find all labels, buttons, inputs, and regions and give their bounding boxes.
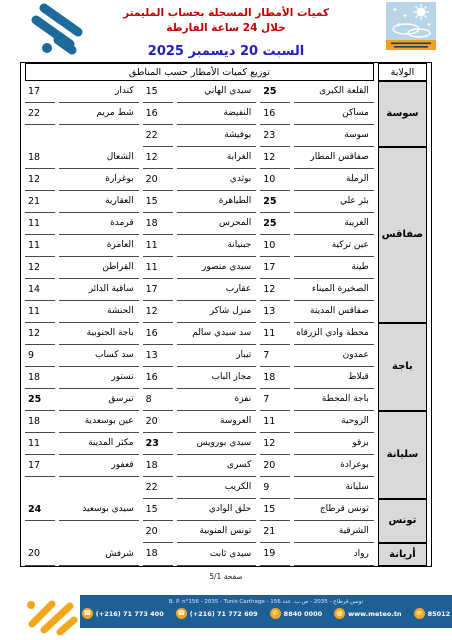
station-name: العامرة (59, 235, 138, 257)
fax-icon: ☎ (82, 608, 93, 619)
station-name: الحنشة (59, 301, 138, 323)
rain-value: 11 (143, 235, 173, 257)
station-name: عين تركية (294, 235, 373, 257)
rain-value: 11 (25, 213, 55, 235)
footer-contact-fax: ☎ (+216) 71 773 400 (82, 608, 164, 619)
rain-value: 22 (143, 125, 173, 147)
station-name: مساكن (294, 103, 373, 125)
globe-icon: @ (334, 608, 345, 619)
rain-value: 18 (143, 213, 173, 235)
station-name: بوغرارة (59, 169, 138, 191)
rain-value: 12 (260, 147, 290, 169)
inm-logo-icon: ✦✦ ✦✦ (386, 2, 436, 54)
svg-text:✦: ✦ (392, 6, 398, 14)
phone-number: 8840 0000 (284, 610, 322, 618)
rain-value: 12 (25, 169, 55, 191)
station-name: صفاقس المطار (294, 147, 373, 169)
station-name: بوعرادة (294, 455, 373, 477)
rain-value: 20 (143, 169, 173, 191)
station-name: بوثدي (177, 169, 256, 191)
footer-contact-printer: ☎ (+216) 71 772 609 (176, 608, 258, 619)
station-name: كسرى (177, 455, 256, 477)
table-row: بوعرادة20كسرى18قعفور17 (25, 455, 427, 477)
printer-number: (+216) 71 772 609 (190, 610, 258, 618)
rain-value: 8 (143, 389, 173, 411)
rain-value: 18 (25, 367, 55, 389)
station-name: حلق الوادي (177, 499, 256, 521)
rain-value: 25 (260, 81, 290, 103)
station-name: نفزة (177, 389, 256, 411)
station-name: سيدي بوسعيد (59, 499, 138, 521)
station-name: باجة المحطة (294, 389, 373, 411)
svg-text:✦: ✦ (426, 21, 432, 29)
report-date: السبت 20 ديسمبر 2025 (110, 44, 342, 59)
svg-text:✦: ✦ (402, 12, 408, 20)
station-name: القراطن (59, 257, 138, 279)
rain-value: 12 (143, 301, 173, 323)
table-row: عين تركية10جبنيانة11العامرة11 (25, 235, 427, 257)
rain-value: 21 (260, 521, 290, 543)
rain-value: 23 (143, 433, 173, 455)
station-name: صفاقس المدينة (294, 301, 373, 323)
table-row: تونستونس قرطاج15حلق الوادي15سيدي بوسعيد2… (25, 499, 427, 521)
station-name: الغريبة (294, 213, 373, 235)
regions-column-header: توزيع كميات الأمطار حسب المناطق (25, 63, 374, 81)
rain-value: 18 (25, 411, 55, 433)
station-name (59, 125, 138, 147)
station-name: عين بوسعدية (59, 411, 138, 433)
rain-value: 12 (260, 279, 290, 301)
station-name: جبنيانة (177, 235, 256, 257)
rain-table-body: سوسةالقلعة الكبرى25سيدي الهاني15كندار17م… (25, 81, 427, 566)
station-name: سد سيدي سالم (177, 323, 256, 345)
station-name: الشرقية (294, 521, 373, 543)
rain-value: 18 (25, 147, 55, 169)
rain-value: 20 (25, 543, 55, 566)
wilaya-cell: صفاقس (378, 147, 427, 323)
rain-table: الولاية توزيع كميات الأمطار حسب المناطق … (21, 63, 431, 566)
station-name: الغرابة (177, 147, 256, 169)
station-name: بوفيشة (177, 125, 256, 147)
wilaya-cell: باجة (378, 323, 427, 411)
rainfall-table-wrap: الولاية توزيع كميات الأمطار حسب المناطق … (20, 62, 432, 567)
rain-value: 12 (260, 433, 290, 455)
station-name: سيدي الهاني (177, 81, 256, 103)
station-name: ساقية الدائر (59, 279, 138, 301)
table-row: الرملة10بوثدي20بوغرارة12 (25, 169, 427, 191)
rain-value: 13 (260, 301, 290, 323)
station-name: كندار (59, 81, 138, 103)
table-row: برقو12سيدي بورويس23مكثر المدينة11 (25, 433, 427, 455)
station-name: منزل شاكر (177, 301, 256, 323)
rain-value: 9 (25, 345, 55, 367)
rain-value: 15 (143, 191, 173, 213)
table-row: صفاقس المدينة13منزل شاكر12الحنشة11 (25, 301, 427, 323)
wilaya-cell: سليانة (378, 411, 427, 499)
rain-value: 23 (260, 125, 290, 147)
rain-value (25, 125, 55, 147)
website-url: www.meteo.tn (348, 610, 401, 618)
wilaya-column-header: الولاية (378, 63, 427, 81)
station-name: تيبار (177, 345, 256, 367)
sms-number: 85012 (428, 610, 451, 618)
rain-value: 20 (143, 411, 173, 433)
table-row: صفاقسصفاقس المطار12الغرابة12الشعال18 (25, 147, 427, 169)
rain-value: 15 (260, 499, 290, 521)
station-name: سيدي بورويس (177, 433, 256, 455)
printer-icon: ☎ (176, 608, 187, 619)
footer-address: B. P. n°156 - 2035 - Tunis Carthage - تو… (80, 599, 452, 605)
rain-value: 17 (260, 257, 290, 279)
rain-value: 15 (143, 499, 173, 521)
table-row: بئر علي25الطياهرة15العقارية21 (25, 191, 427, 213)
station-name: سيدي ثابت (177, 543, 256, 566)
station-name: شط مريم (59, 103, 138, 125)
table-row: باجةمحطة وادي الزرقاه11سد سيدي سالم16باج… (25, 323, 427, 345)
report-title-line1: كميات الأمطار المسجلة بحساب المليمتر (110, 6, 342, 21)
station-name: عقارب (177, 279, 256, 301)
yellow-streaks-logo-icon (22, 588, 78, 640)
rain-value: 12 (143, 147, 173, 169)
station-name (59, 477, 138, 499)
station-name: الكريب (177, 477, 256, 499)
table-row: الصخيرة الميناء12عقارب17ساقية الدائر14 (25, 279, 427, 301)
station-name: برقو (294, 433, 373, 455)
rain-value: 11 (143, 257, 173, 279)
rain-value: 11 (260, 411, 290, 433)
rain-value: 25 (260, 191, 290, 213)
station-name: الروحية (294, 411, 373, 433)
report-title-line2: خلال 24 ساعة الفارطة (110, 21, 342, 36)
footer-bar: B. P. n°156 - 2035 - Tunis Carthage - تو… (80, 595, 452, 628)
rain-streaks-logo-icon (26, 2, 92, 62)
rain-value: 11 (25, 433, 55, 455)
rain-value: 11 (25, 235, 55, 257)
station-name: مكثر المدينة (59, 433, 138, 455)
table-row: الغريبة25المحرس18قرمدة11 (25, 213, 427, 235)
table-row: الشرقية21تونس المنوبية20 (25, 521, 427, 543)
station-name: باجة الجنوبية (59, 323, 138, 345)
table-header-row: الولاية توزيع كميات الأمطار حسب المناطق (25, 63, 427, 81)
footer-contact-website: @ www.meteo.tn (334, 608, 401, 619)
station-name (59, 521, 138, 543)
station-name: قبلاط (294, 367, 373, 389)
rain-value: 16 (143, 367, 173, 389)
rain-value: 25 (260, 213, 290, 235)
station-name: العروسة (177, 411, 256, 433)
footer-contact-phone: ✆ 8840 0000 (270, 608, 322, 619)
wilaya-cell: سوسة (378, 81, 427, 147)
station-name: النفيضة (177, 103, 256, 125)
table-row: أريانةرواد19سيدي ثابت18شرفش20 (25, 543, 427, 566)
station-name: سوسة (294, 125, 373, 147)
table-row: باجة المحطة7نفزة8تبرسق25 (25, 389, 427, 411)
rain-value: 25 (25, 389, 55, 411)
rain-value: 18 (143, 455, 173, 477)
station-name: عمدون (294, 345, 373, 367)
table-row: عمدون7تيبار13سد كساب9 (25, 345, 427, 367)
station-name: محطة وادي الزرقاه (294, 323, 373, 345)
station-name: الصخيرة الميناء (294, 279, 373, 301)
rain-value: 10 (260, 169, 290, 191)
station-name: تونس المنوبية (177, 521, 256, 543)
station-name: بئر علي (294, 191, 373, 213)
rain-value: 24 (25, 499, 55, 521)
rain-value: 22 (25, 103, 55, 125)
table-row: طينة17سيدي منصور11القراطن12 (25, 257, 427, 279)
rain-value: 9 (260, 477, 290, 499)
table-row: سليانةالروحية11العروسة20عين بوسعدية18 (25, 411, 427, 433)
station-name: القلعة الكبرى (294, 81, 373, 103)
station-name: طينة (294, 257, 373, 279)
rain-value: 14 (25, 279, 55, 301)
sms-icon: ✉ (414, 608, 425, 619)
rain-value: 15 (143, 81, 173, 103)
rain-value: 19 (260, 543, 290, 566)
station-name: تونس قرطاج (294, 499, 373, 521)
station-name: شرفش (59, 543, 138, 566)
table-row: مساكن16النفيضة16شط مريم22 (25, 103, 427, 125)
footer-contacts: ☎ (+216) 71 773 400 ☎ (+216) 71 772 609 … (80, 608, 452, 619)
rain-value: 12 (25, 257, 55, 279)
rain-value: 17 (25, 455, 55, 477)
rain-value: 16 (260, 103, 290, 125)
rain-value: 12 (25, 323, 55, 345)
rain-value: 18 (260, 367, 290, 389)
rain-value: 13 (143, 345, 173, 367)
table-row: قبلاط18مجاز الباب16تستور18 (25, 367, 427, 389)
rain-value: 18 (143, 543, 173, 566)
rain-value (25, 521, 55, 543)
station-name: الشعال (59, 147, 138, 169)
table-row: سوسةالقلعة الكبرى25سيدي الهاني15كندار17 (25, 81, 427, 103)
wilaya-cell: أريانة (378, 543, 427, 566)
rain-value: 21 (25, 191, 55, 213)
rain-value: 11 (260, 323, 290, 345)
station-name: قعفور (59, 455, 138, 477)
rain-value: 17 (25, 81, 55, 103)
rain-value: 16 (143, 103, 173, 125)
rain-value: 20 (260, 455, 290, 477)
station-name: الطياهرة (177, 191, 256, 213)
footer: B. P. n°156 - 2035 - Tunis Carthage - تو… (0, 592, 452, 634)
page-number: صفحة 5/1 (0, 572, 452, 581)
rain-value: 11 (25, 301, 55, 323)
fax-number: (+216) 71 773 400 (96, 610, 164, 618)
rain-value: 20 (143, 521, 173, 543)
rain-value: 22 (143, 477, 173, 499)
rain-value (25, 477, 55, 499)
rain-value: 7 (260, 345, 290, 367)
footer-contact-sms: ✉ 85012 (414, 608, 451, 619)
station-name: سد كساب (59, 345, 138, 367)
phone-icon: ✆ (270, 608, 281, 619)
wilaya-cell: تونس (378, 499, 427, 543)
station-name: الرملة (294, 169, 373, 191)
station-name: قرمدة (59, 213, 138, 235)
table-row: سليانة9الكريب22 (25, 477, 427, 499)
station-name: تستور (59, 367, 138, 389)
report-titles: كميات الأمطار المسجلة بحساب المليمتر خلا… (110, 6, 342, 59)
station-name: رواد (294, 543, 373, 566)
table-row: سوسة23بوفيشة22 (25, 125, 427, 147)
document-page: كميات الأمطار المسجلة بحساب المليمتر خلا… (0, 0, 452, 640)
station-name: المحرس (177, 213, 256, 235)
station-name: مجاز الباب (177, 367, 256, 389)
station-name: العقارية (59, 191, 138, 213)
rain-value: 16 (143, 323, 173, 345)
rain-value: 7 (260, 389, 290, 411)
rain-value: 10 (260, 235, 290, 257)
report-header: كميات الأمطار المسجلة بحساب المليمتر خلا… (0, 0, 452, 58)
station-name: سيدي منصور (177, 257, 256, 279)
station-name: سليانة (294, 477, 373, 499)
station-name: تبرسق (59, 389, 138, 411)
rain-value: 17 (143, 279, 173, 301)
